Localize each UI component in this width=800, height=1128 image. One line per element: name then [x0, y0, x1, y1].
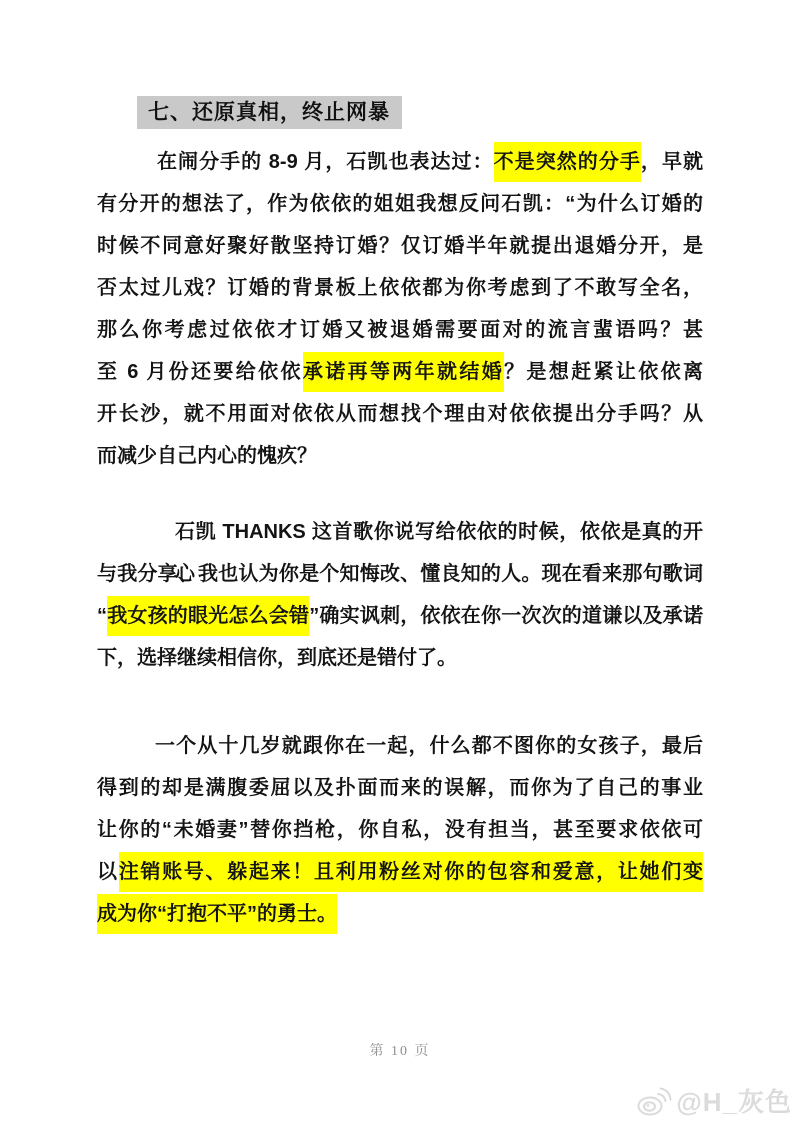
text-line: 成为你“打抱不平”的勇士。: [97, 893, 703, 935]
page-number: 第 10 页: [0, 1040, 800, 1060]
text-line: 有分开的想法了，作为依依的姐姐我想反问石凯：“为什么订婚的: [97, 183, 703, 225]
weibo-icon: [636, 1085, 672, 1117]
text-line: 一个从十几岁就跟你在一起，什么都不图你的女孩子，最后: [97, 725, 703, 767]
highlighted-text: 注销账号、躲起来！且利用粉丝对你的包容和爱意，让她们变: [119, 852, 703, 892]
text-segment: 与我分享、我也认为你是个知悔改、懂良知的人。现在看来那句歌词: [97, 563, 703, 585]
text-segment: ？是想赶紧让依依离: [504, 361, 703, 383]
para-accusation: 一个从十几岁就跟你在一起，什么都不图你的女孩子，最后得到的却是满腹委屈以及扑面而…: [97, 725, 703, 935]
text-segment: 否太过儿戏？订婚的背景板上依依都为你考虑到了不敢写全名，: [97, 277, 703, 299]
text-line: 否太过儿戏？订婚的背景板上依依都为你考虑到了不敢写全名，: [97, 267, 703, 309]
watermark-handle: @H_灰色: [676, 1082, 792, 1119]
para-breakup-questions: 在闹分手的 8-9 月，石凯也表达过：不是突然的分手，早就有分开的想法了，作为依…: [97, 141, 703, 477]
text-segment: 至 6 月份还要给依依: [97, 361, 303, 383]
text-segment: 开长沙，就不用面对依依从而想找个理由对依依提出分手吗？从: [97, 403, 703, 425]
text-line: 以注销账号、躲起来！且利用粉丝对你的包容和爱意，让她们变: [97, 851, 703, 893]
text-line: 下，选择继续相信你，到底还是错付了。: [97, 637, 703, 679]
text-line: “我女孩的眼光怎么会错”确实讽刺，依依在你一次次的道谦以及承诺: [97, 595, 703, 637]
highlighted-text: 成为你“打抱不平”的勇士。: [97, 894, 337, 934]
text-segment: 那么你考虑过依依才订婚又被退婚需要面对的流言蜚语吗？甚: [97, 319, 703, 341]
highlighted-text: 不是突然的分手: [494, 142, 641, 182]
text-segment: 下，选择继续相信你，到底还是错付了。: [97, 647, 457, 669]
text-segment: ”确实讽刺，依依在你一次次的道谦以及承诺: [309, 605, 703, 627]
section-title: 七、还原真相，终止网暴: [137, 96, 402, 129]
text-segment: 有分开的想法了，作为依依的姐姐我想反问石凯：“为什么订婚的: [97, 193, 703, 215]
para-thanks-song: 石凯 THANKS 这首歌你说写给依依的时候，依依是真的开心与我分享、我也认为你…: [97, 511, 703, 679]
text-segment: “: [97, 605, 107, 627]
text-line: 而减少自己内心的愧疚？: [97, 435, 703, 477]
text-segment: 时候不同意好聚好散坚持订婚？仅订婚半年就提出退婚分开，是: [97, 235, 703, 257]
text-line: 石凯 THANKS 这首歌你说写给依依的时候，依依是真的开心: [97, 511, 703, 553]
text-line: 得到的却是满腹委屈以及扑面而来的误解，而你为了自己的事业: [97, 767, 703, 809]
watermark: @H_灰色: [636, 1082, 792, 1119]
text-segment: 得到的却是满腹委屈以及扑面而来的误解，而你为了自己的事业: [97, 777, 703, 799]
text-line: 至 6 月份还要给依依承诺再等两年就结婚？是想赶紧让依依离: [97, 351, 703, 393]
text-segment: 让你的“未婚妻”替你挡枪，你自私，没有担当，甚至要求依依可: [97, 819, 703, 841]
text-line: 在闹分手的 8-9 月，石凯也表达过：不是突然的分手，早就: [97, 141, 703, 183]
text-line: 开长沙，就不用面对依依从而想找个理由对依依提出分手吗？从: [97, 393, 703, 435]
document-page: 七、还原真相，终止网暴 在闹分手的 8-9 月，石凯也表达过：不是突然的分手，早…: [0, 0, 800, 1128]
text-line: 与我分享、我也认为你是个知悔改、懂良知的人。现在看来那句歌词: [97, 553, 703, 595]
highlighted-text: 我女孩的眼光怎么会错: [107, 596, 309, 636]
highlighted-text: 承诺再等两年就结婚: [303, 352, 504, 392]
text-segment: 而减少自己内心的愧疚？: [97, 445, 317, 467]
text-segment: 在闹分手的 8-9 月，石凯也表达过：: [157, 151, 494, 173]
text-segment: 一个从十几岁就跟你在一起，什么都不图你的女孩子，最后: [155, 735, 703, 757]
text-line: 让你的“未婚妻”替你挡枪，你自私，没有担当，甚至要求依依可: [97, 809, 703, 851]
text-line: 那么你考虑过依依才订婚又被退婚需要面对的流言蜚语吗？甚: [97, 309, 703, 351]
text-line: 时候不同意好聚好散坚持订婚？仅订婚半年就提出退婚分开，是: [97, 225, 703, 267]
text-segment: ，早就: [641, 151, 703, 173]
text-segment: 以: [97, 861, 119, 883]
